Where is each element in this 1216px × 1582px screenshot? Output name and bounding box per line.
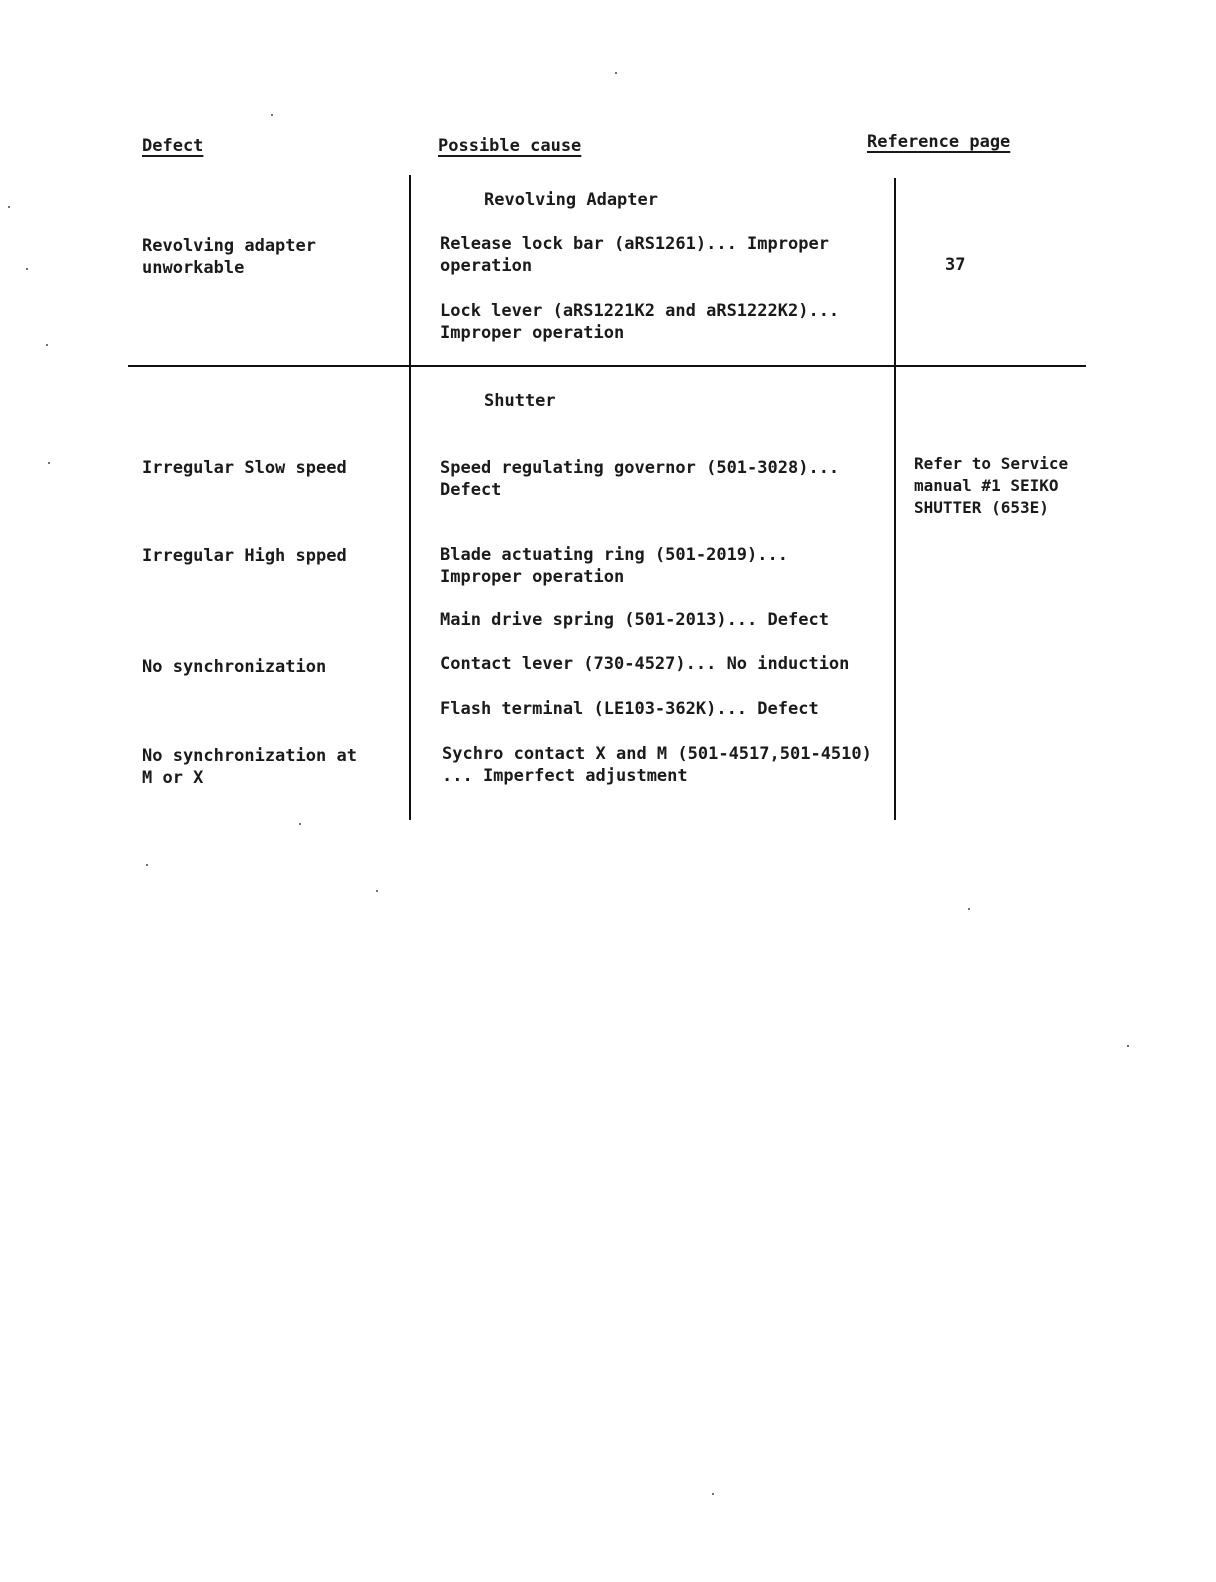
section-title-shutter: Shutter — [484, 390, 556, 412]
cause-contact-lever: Contact lever (730-4527)... No induction — [440, 653, 849, 675]
scan-speck — [968, 908, 970, 910]
scan-speck — [299, 823, 301, 825]
scan-speck — [26, 268, 28, 270]
cause-speed-regulating-governor: Speed regulating governor (501-3028)... … — [440, 457, 839, 501]
reference-seiko-shutter-manual: Refer to Service manual #1 SEIKO SHUTTER… — [914, 453, 1068, 519]
scan-speck — [48, 462, 50, 464]
section-title-revolving-adapter: Revolving Adapter — [484, 189, 658, 211]
cause-flash-terminal: Flash terminal (LE103-362K)... Defect — [440, 698, 819, 720]
defect-no-synchronization-m-or-x: No synchronization at M or X — [142, 745, 357, 789]
scan-speck — [615, 72, 617, 74]
reference-page-37: 37 — [945, 254, 965, 276]
scan-speck — [146, 864, 148, 866]
section-divider — [128, 365, 1086, 367]
scan-speck — [8, 206, 10, 208]
cause-release-lock-bar: Release lock bar (aRS1261)... Improper o… — [440, 233, 829, 277]
column-divider-left — [409, 175, 411, 820]
scan-speck — [1127, 1045, 1129, 1047]
defect-irregular-high-speed: Irregular High spped — [142, 545, 347, 567]
column-divider-right — [894, 178, 896, 820]
defect-irregular-slow-speed: Irregular Slow speed — [142, 457, 347, 479]
header-defect: Defect — [142, 135, 203, 157]
cause-sychro-contact: Sychro contact X and M (501-4517,501-451… — [442, 743, 872, 787]
defect-no-synchronization: No synchronization — [142, 656, 326, 678]
cause-lock-lever: Lock lever (aRS1221K2 and aRS1222K2)... … — [440, 300, 839, 344]
scan-speck — [271, 114, 273, 116]
cause-blade-actuating-ring: Blade actuating ring (501-2019)... Impro… — [440, 544, 788, 588]
header-reference-page: Reference page — [867, 131, 1010, 153]
scan-speck — [376, 890, 378, 892]
defect-revolving-adapter-unworkable: Revolving adapter unworkable — [142, 235, 316, 279]
header-possible-cause: Possible cause — [438, 135, 581, 157]
scan-speck — [46, 344, 48, 346]
scan-speck — [712, 1493, 714, 1495]
cause-main-drive-spring: Main drive spring (501-2013)... Defect — [440, 609, 829, 631]
